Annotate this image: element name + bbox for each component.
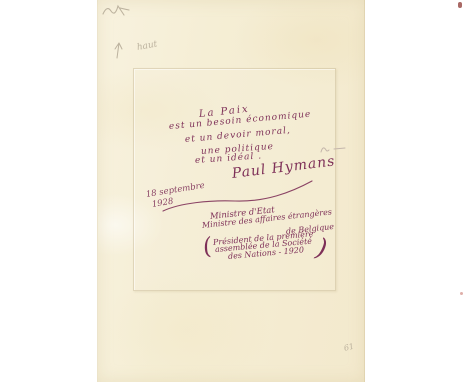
scanned-photo: haut 61 La Paix est un besoin économique… bbox=[0, 0, 468, 382]
pink-speck bbox=[460, 292, 463, 295]
pencil-arrow-icon bbox=[110, 40, 124, 60]
red-speck bbox=[458, 2, 462, 8]
pencil-squiggle-icon bbox=[101, 1, 133, 21]
